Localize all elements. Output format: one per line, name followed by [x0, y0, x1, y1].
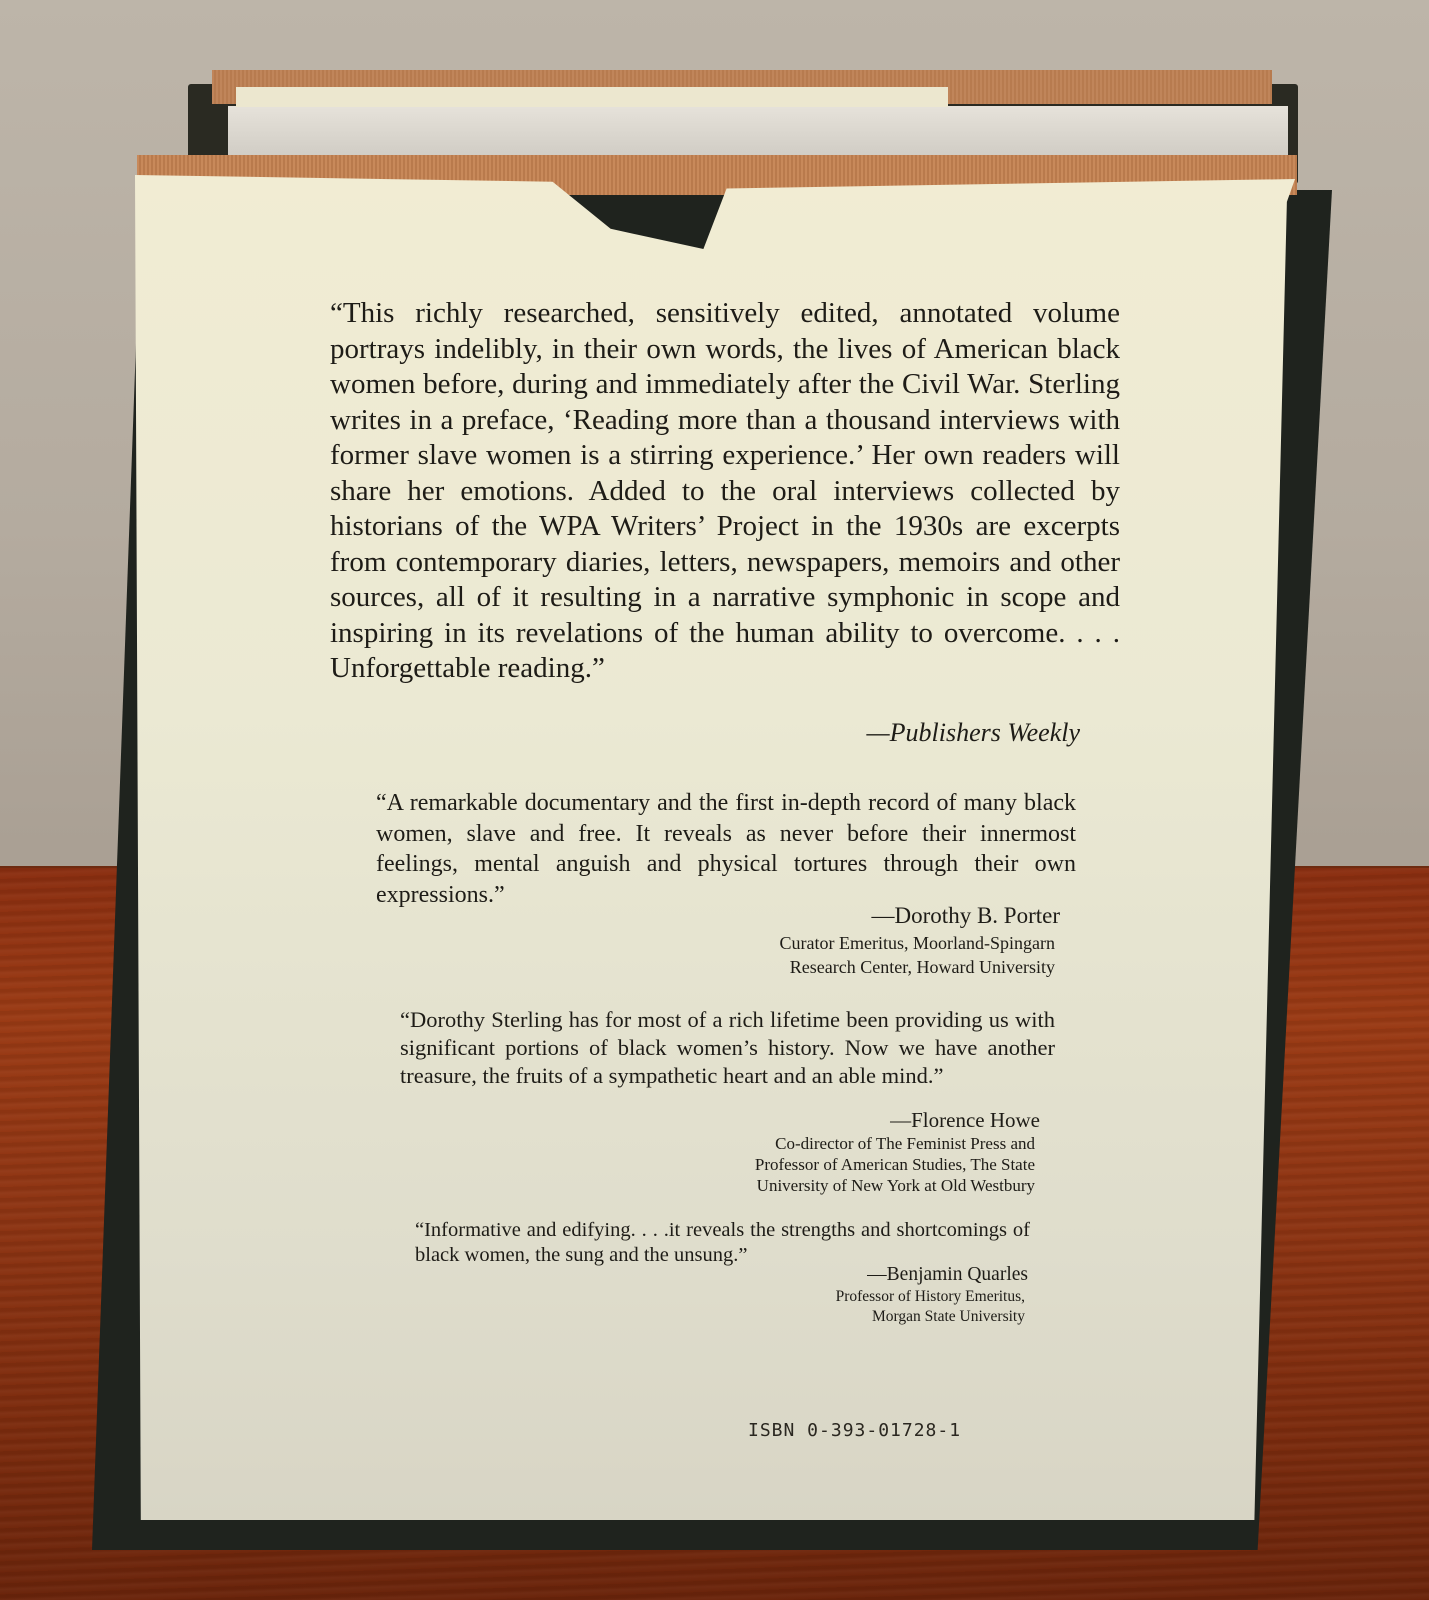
review-attribution-title: Morgan State University [640, 1308, 1025, 1326]
review-attribution-title: Research Center, Howard University [600, 957, 1055, 978]
review-attribution-name: —Benjamin Quarles [700, 1264, 1028, 1286]
review-attribution-name: —Dorothy B. Porter [700, 903, 1060, 929]
rear-book-page-edges [228, 106, 1288, 160]
review-attribution-title: Professor of History Emeritus, [640, 1288, 1025, 1306]
main-review-attribution: —Publishers Weekly [700, 718, 1080, 748]
review-attribution-title: Curator Emeritus, Moorland-Spingarn [600, 933, 1055, 954]
rear-book-jacket-flap [236, 87, 948, 107]
review-attribution-title: University of New York at Old Westbury [600, 1176, 1035, 1196]
main-review-text: “This richly researched, sensitively edi… [330, 296, 1120, 687]
isbn-number: ISBN 0-393-01728-1 [748, 1420, 961, 1441]
review-text: “Informative and edifying. . . .it revea… [415, 1218, 1030, 1267]
review-attribution-title: Professor of American Studies, The State [600, 1155, 1035, 1175]
review-text: “A remarkable documentary and the first … [376, 788, 1076, 910]
review-text: “Dorothy Sterling has for most of a rich… [400, 1006, 1055, 1090]
review-attribution-title: Co-director of The Feminist Press and [600, 1134, 1035, 1154]
review-attribution-name: —Florence Howe [700, 1108, 1040, 1133]
